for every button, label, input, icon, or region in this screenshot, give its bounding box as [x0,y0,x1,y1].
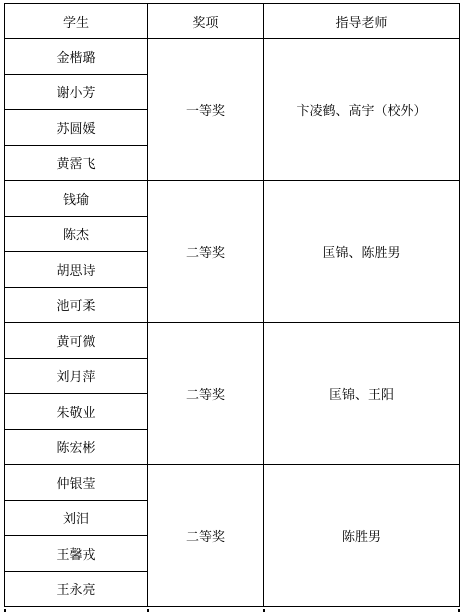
student-cell: 池可柔 [5,287,148,323]
table-row: 仲银莹 二等奖 陈胜男 [5,465,460,501]
advisor-cell: 陈胜男 [264,465,460,607]
header-student: 学生 [5,4,148,39]
table-row: 黄可微 二等奖 匡锦、王阳 [5,323,460,359]
header-award: 奖项 [148,4,264,39]
header-advisor: 指导老师 [264,4,460,39]
student-cell: 黄可微 [5,323,148,359]
student-cell: 胡思诗 [5,252,148,288]
student-cell: 仲银莹 [5,465,148,501]
student-cell: 王永亮 [5,571,148,607]
awards-table: 学生 奖项 指导老师 金楷璐 一等奖 卞凌鹤、高宇（校外） 谢小芳 苏圆媛 黄霑… [4,3,460,607]
student-cell: 刘汨 [5,500,148,536]
award-cell: 二等奖 [148,465,264,607]
advisor-cell: 匡锦、陈胜男 [264,181,460,323]
student-cell: 黄霑飞 [5,145,148,181]
student-cell: 王馨戎 [5,536,148,572]
student-cell: 苏圆媛 [5,110,148,146]
student-cell: 陈杰 [5,216,148,252]
table-row: 钱瑜 二等奖 匡锦、陈胜男 [5,181,460,217]
table-row: 金楷璐 一等奖 卞凌鹤、高宇（校外） [5,39,460,75]
student-cell: 谢小芳 [5,74,148,110]
award-cell: 二等奖 [148,323,264,465]
student-cell: 陈宏彬 [5,429,148,465]
header-row: 学生 奖项 指导老师 [5,4,460,39]
student-cell: 朱敬业 [5,394,148,430]
award-cell: 一等奖 [148,39,264,181]
student-cell: 钱瑜 [5,181,148,217]
advisor-cell: 匡锦、王阳 [264,323,460,465]
award-cell: 二等奖 [148,181,264,323]
student-cell: 刘月萍 [5,358,148,394]
student-cell: 金楷璐 [5,39,148,75]
advisor-cell: 卞凌鹤、高宇（校外） [264,39,460,181]
